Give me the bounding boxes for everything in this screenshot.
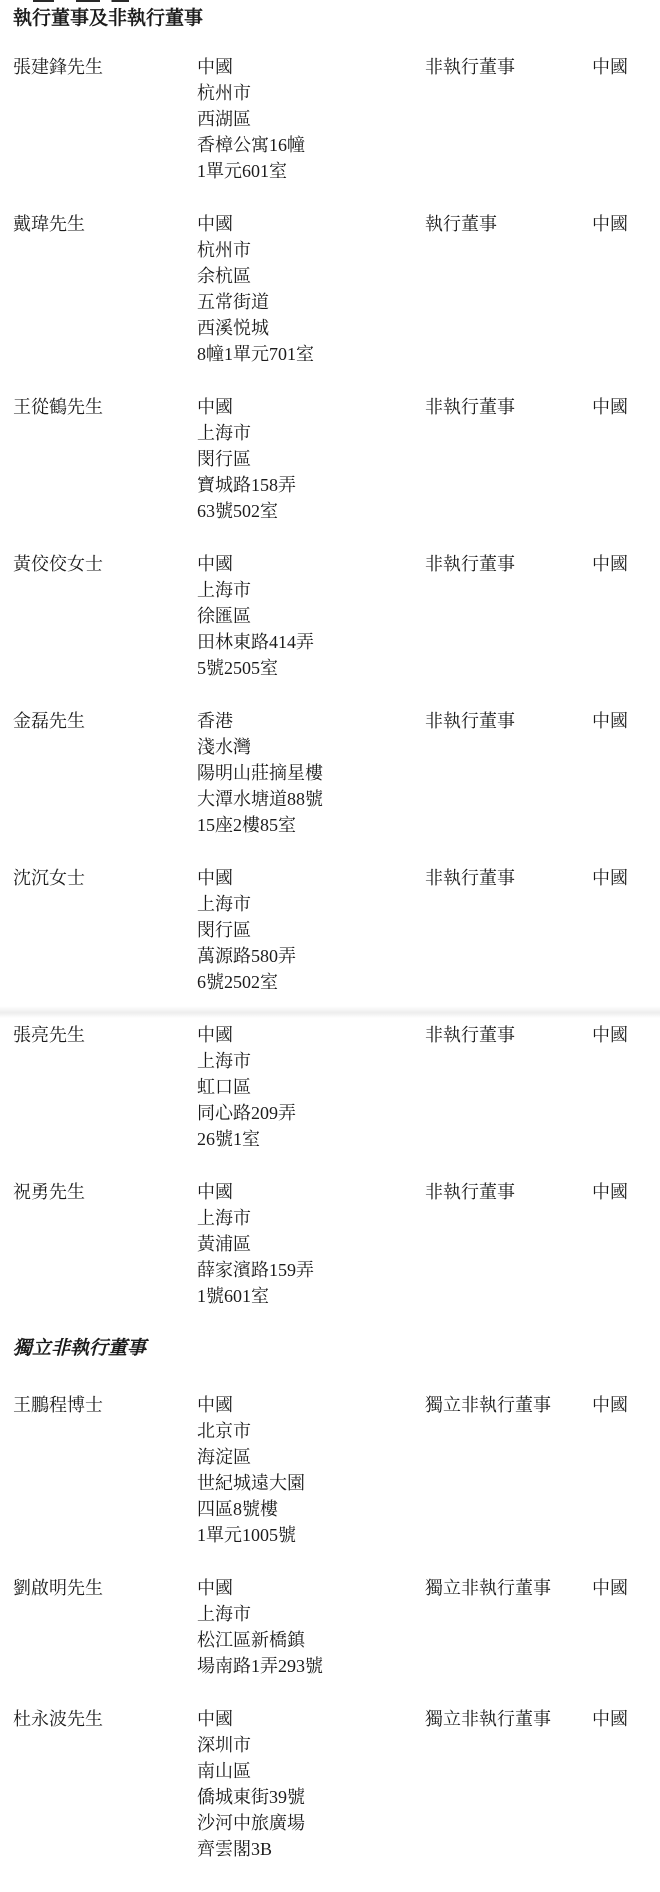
director-name: 戴瑋先生 bbox=[13, 211, 197, 237]
address-line: 上海市 bbox=[197, 577, 425, 603]
director-address: 中國杭州市余杭區五常街道西溪悦城8幢1單元701室 bbox=[197, 211, 425, 367]
address-line: 香樟公寓16幢 bbox=[197, 132, 425, 158]
address-line: 田林東路414弄 bbox=[197, 629, 425, 655]
director-nationality: 中國 bbox=[592, 1392, 640, 1418]
director-nationality: 中國 bbox=[592, 1179, 640, 1205]
address-line: 黃浦區 bbox=[197, 1231, 425, 1257]
director-row: 劉啟明先生 中國上海市松江區新橋鎮場南路1弄293號 獨立非執行董事 中國 bbox=[13, 1575, 640, 1679]
address-line: 6號2502室 bbox=[197, 969, 425, 995]
director-name: 張亮先生 bbox=[13, 1022, 197, 1048]
director-nationality: 中國 bbox=[592, 551, 640, 577]
address-line: 沙河中旅廣場 bbox=[197, 1810, 425, 1836]
address-line: 26號1室 bbox=[197, 1126, 425, 1152]
director-position: 獨立非執行董事 bbox=[425, 1575, 592, 1601]
address-line: 閔行區 bbox=[197, 917, 425, 943]
address-line: 場南路1弄293號 bbox=[197, 1653, 425, 1679]
address-line: 中國 bbox=[197, 394, 425, 420]
address-line: 上海市 bbox=[197, 891, 425, 917]
director-address: 香港淺水灣陽明山莊摘星樓大潭水塘道88號15座2樓85室 bbox=[197, 708, 425, 838]
director-name: 劉啟明先生 bbox=[13, 1575, 197, 1601]
document-page: 執行董事及非執行董事 張建鋒先生 中國杭州市西湖區香樟公寓16幢1單元601室 … bbox=[0, 0, 660, 1892]
address-line: 15座2樓85室 bbox=[197, 812, 425, 838]
address-line: 同心路209弄 bbox=[197, 1100, 425, 1126]
address-line: 中國 bbox=[197, 551, 425, 577]
address-line: 南山區 bbox=[197, 1758, 425, 1784]
section-title: 獨立非執行董事 bbox=[13, 1336, 640, 1362]
address-line: 閔行區 bbox=[197, 446, 425, 472]
address-line: 海淀區 bbox=[197, 1444, 425, 1470]
address-line: 1單元601室 bbox=[197, 158, 425, 184]
director-position: 執行董事 bbox=[425, 211, 592, 237]
director-rows: 張建鋒先生 中國杭州市西湖區香樟公寓16幢1單元601室 非執行董事 中國 戴瑋… bbox=[13, 54, 640, 1309]
address-line: 上海市 bbox=[197, 420, 425, 446]
address-line: 杭州市 bbox=[197, 80, 425, 106]
director-name: 黃佼佼女士 bbox=[13, 551, 197, 577]
section-independent-nonexec-directors: 獨立非執行董事 王鵬程博士 中國北京市海淀區世紀城遠大園四區8號樓1單元1005… bbox=[13, 1336, 640, 1862]
director-row: 張建鋒先生 中國杭州市西湖區香樟公寓16幢1單元601室 非執行董事 中國 bbox=[13, 54, 640, 184]
address-line: 陽明山莊摘星樓 bbox=[197, 760, 425, 786]
director-position: 獨立非執行董事 bbox=[425, 1392, 592, 1418]
address-line: 中國 bbox=[197, 1022, 425, 1048]
director-name: 張建鋒先生 bbox=[13, 54, 197, 80]
director-position: 非執行董事 bbox=[425, 1179, 592, 1205]
address-line: 深圳市 bbox=[197, 1732, 425, 1758]
address-line: 上海市 bbox=[197, 1048, 425, 1074]
director-row: 黃佼佼女士 中國上海市徐匯區田林東路414弄5號2505室 非執行董事 中國 bbox=[13, 551, 640, 681]
address-line: 中國 bbox=[197, 1179, 425, 1205]
address-line: 中國 bbox=[197, 865, 425, 891]
address-line: 杭州市 bbox=[197, 237, 425, 263]
address-line: 中國 bbox=[197, 54, 425, 80]
director-nationality: 中國 bbox=[592, 211, 640, 237]
address-line: 寶城路158弄 bbox=[197, 472, 425, 498]
director-row: 王鵬程博士 中國北京市海淀區世紀城遠大園四區8號樓1單元1005號 獨立非執行董… bbox=[13, 1392, 640, 1548]
director-row: 王從鶴先生 中國上海市閔行區寶城路158弄63號502室 非執行董事 中國 bbox=[13, 394, 640, 524]
director-name: 王從鶴先生 bbox=[13, 394, 197, 420]
director-nationality: 中國 bbox=[592, 708, 640, 734]
address-line: 大潭水塘道88號 bbox=[197, 786, 425, 812]
address-line: 63號502室 bbox=[197, 498, 425, 524]
address-line: 僑城東街39號 bbox=[197, 1784, 425, 1810]
director-nationality: 中國 bbox=[592, 54, 640, 80]
director-position: 非執行董事 bbox=[425, 865, 592, 891]
address-line: 中國 bbox=[197, 1392, 425, 1418]
address-line: 香港 bbox=[197, 708, 425, 734]
director-nationality: 中國 bbox=[592, 394, 640, 420]
address-line: 淺水灣 bbox=[197, 734, 425, 760]
address-line: 五常街道 bbox=[197, 289, 425, 315]
director-row: 祝勇先生 中國上海市黃浦區薛家濱路159弄1號601室 非執行董事 中國 bbox=[13, 1179, 640, 1309]
director-position: 非執行董事 bbox=[425, 394, 592, 420]
address-line: 中國 bbox=[197, 1706, 425, 1732]
director-address: 中國上海市黃浦區薛家濱路159弄1號601室 bbox=[197, 1179, 425, 1309]
address-line: 西溪悦城 bbox=[197, 315, 425, 341]
director-address: 中國上海市松江區新橋鎮場南路1弄293號 bbox=[197, 1575, 425, 1679]
director-address: 中國杭州市西湖區香樟公寓16幢1單元601室 bbox=[197, 54, 425, 184]
director-name: 金磊先生 bbox=[13, 708, 197, 734]
director-nationality: 中國 bbox=[592, 1575, 640, 1601]
director-address: 中國上海市徐匯區田林東路414弄5號2505室 bbox=[197, 551, 425, 681]
address-line: 5號2505室 bbox=[197, 655, 425, 681]
directors-list: 執行董事及非執行董事 張建鋒先生 中國杭州市西湖區香樟公寓16幢1單元601室 … bbox=[0, 0, 660, 1862]
address-line: 上海市 bbox=[197, 1205, 425, 1231]
address-line: 松江區新橋鎮 bbox=[197, 1627, 425, 1653]
director-position: 非執行董事 bbox=[425, 708, 592, 734]
address-line: 上海市 bbox=[197, 1601, 425, 1627]
director-name: 祝勇先生 bbox=[13, 1179, 197, 1205]
director-address: 中國上海市閔行區萬源路580弄6號2502室 bbox=[197, 865, 425, 995]
section-exec-and-nonexec-directors: 執行董事及非執行董事 張建鋒先生 中國杭州市西湖區香樟公寓16幢1單元601室 … bbox=[13, 6, 640, 1309]
director-row: 杜永波先生 中國深圳市南山區僑城東街39號沙河中旅廣場齊雲閣3B 獨立非執行董事… bbox=[13, 1706, 640, 1862]
director-row: 金磊先生 香港淺水灣陽明山莊摘星樓大潭水塘道88號15座2樓85室 非執行董事 … bbox=[13, 708, 640, 838]
director-nationality: 中國 bbox=[592, 865, 640, 891]
director-name: 杜永波先生 bbox=[13, 1706, 197, 1732]
address-line: 齊雲閣3B bbox=[197, 1836, 425, 1862]
director-address: 中國上海市閔行區寶城路158弄63號502室 bbox=[197, 394, 425, 524]
address-line: 北京市 bbox=[197, 1418, 425, 1444]
director-row: 戴瑋先生 中國杭州市余杭區五常街道西溪悦城8幢1單元701室 執行董事 中國 bbox=[13, 211, 640, 367]
section-title: 執行董事及非執行董事 bbox=[13, 6, 640, 32]
director-address: 中國北京市海淀區世紀城遠大園四區8號樓1單元1005號 bbox=[197, 1392, 425, 1548]
director-name: 王鵬程博士 bbox=[13, 1392, 197, 1418]
director-nationality: 中國 bbox=[592, 1706, 640, 1732]
director-position: 獨立非執行董事 bbox=[425, 1706, 592, 1732]
address-line: 余杭區 bbox=[197, 263, 425, 289]
address-line: 薛家濱路159弄 bbox=[197, 1257, 425, 1283]
director-rows: 王鵬程博士 中國北京市海淀區世紀城遠大園四區8號樓1單元1005號 獨立非執行董… bbox=[13, 1392, 640, 1862]
address-line: 四區8號樓 bbox=[197, 1496, 425, 1522]
director-nationality: 中國 bbox=[592, 1022, 640, 1048]
address-line: 中國 bbox=[197, 211, 425, 237]
address-line: 萬源路580弄 bbox=[197, 943, 425, 969]
address-line: 中國 bbox=[197, 1575, 425, 1601]
director-position: 非執行董事 bbox=[425, 551, 592, 577]
address-line: 虹口區 bbox=[197, 1074, 425, 1100]
director-position: 非執行董事 bbox=[425, 54, 592, 80]
address-line: 1號601室 bbox=[197, 1283, 425, 1309]
director-row: 沈沉女士 中國上海市閔行區萬源路580弄6號2502室 非執行董事 中國 bbox=[13, 865, 640, 995]
address-line: 8幢1單元701室 bbox=[197, 341, 425, 367]
address-line: 世紀城遠大園 bbox=[197, 1470, 425, 1496]
address-line: 西湖區 bbox=[197, 106, 425, 132]
director-address: 中國深圳市南山區僑城東街39號沙河中旅廣場齊雲閣3B bbox=[197, 1706, 425, 1862]
director-name: 沈沉女士 bbox=[13, 865, 197, 891]
address-line: 徐匯區 bbox=[197, 603, 425, 629]
address-line: 1單元1005號 bbox=[197, 1522, 425, 1548]
director-address: 中國上海市虹口區同心路209弄26號1室 bbox=[197, 1022, 425, 1152]
director-position: 非執行董事 bbox=[425, 1022, 592, 1048]
director-row: 張亮先生 中國上海市虹口區同心路209弄26號1室 非執行董事 中國 bbox=[13, 1022, 640, 1152]
